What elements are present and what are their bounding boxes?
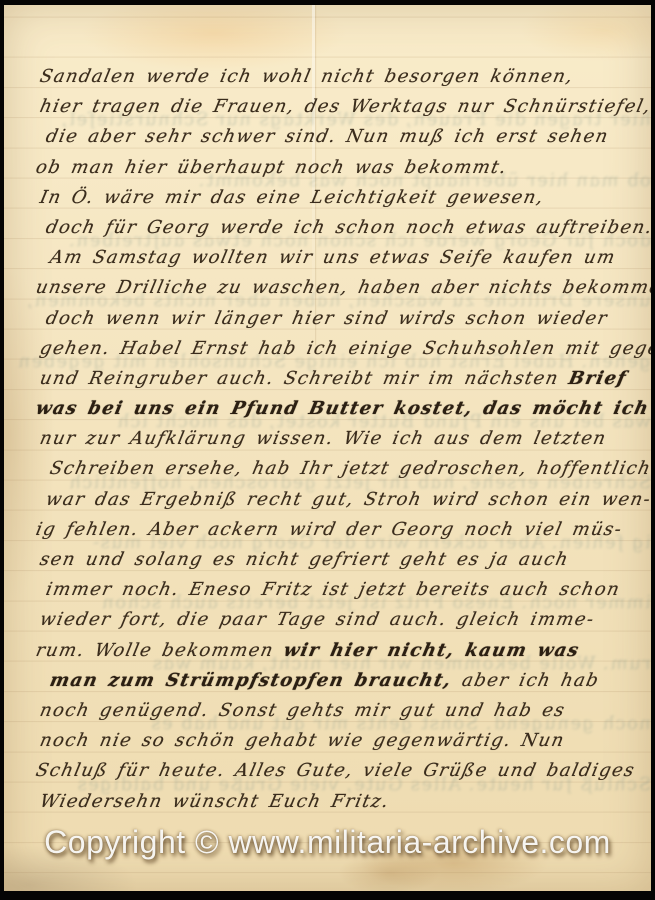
letter-line: ig fehlen. Aber ackern wird der Georg no… — [32, 519, 651, 549]
letter-line: war das Ergebniß recht gut, Stroh wird s… — [42, 489, 651, 519]
letter-body: Sandalen werde ich wohl nicht besorgen k… — [36, 66, 651, 821]
letter-text-segment: unsere Drilliche zu waschen, haben aber … — [34, 277, 651, 298]
letter-line: sen und solang es nicht gefriert geht es… — [36, 549, 651, 579]
letter-line: Sandalen werde ich wohl nicht besorgen k… — [36, 66, 651, 96]
photo-frame: hier tragen die Frauen, des Werktags nur… — [0, 0, 655, 900]
letter-line: was bei uns ein Pfund Butter kostet, das… — [32, 398, 651, 428]
letter-line: die aber sehr schwer sind. Nun muß ich e… — [42, 126, 651, 156]
letter-line: doch wenn wir länger hier sind wirds sch… — [42, 308, 651, 338]
letter-line: rum. Wolle bekommen wir hier nicht, kaum… — [32, 640, 651, 670]
letter-text-segment: In Ö. wäre mir das eine Leichtigkeit gew… — [38, 187, 546, 208]
letter-line: gehen. Habel Ernst hab ich einige Schuhs… — [36, 338, 651, 368]
letter-text-segment: die aber sehr schwer sind. Nun muß ich e… — [44, 126, 611, 147]
letter-line: Am Samstag wollten wir uns etwas Seife k… — [46, 247, 651, 277]
letter-text-segment: rum. Wolle bekommen — [34, 640, 286, 661]
letter-text-segment: ob man hier überhaupt noch was bekommt. — [34, 157, 509, 178]
letter-line: immer noch. Eneso Fritz ist jetzt bereit… — [42, 579, 651, 609]
letter-line: wieder fort, die paar Tage sind auch. gl… — [36, 609, 651, 639]
letter-text-segment: wir hier nicht, kaum was — [282, 640, 582, 661]
letter-text-segment: und Reingruber auch. Schreibt mir im näc… — [38, 368, 571, 389]
letter-line: doch für Georg werde ich schon noch etwa… — [42, 217, 651, 247]
letter-line: hier tragen die Frauen, des Werktags nur… — [36, 96, 651, 126]
letter-text-segment: nur zur Aufklärung wissen. Wie ich aus d… — [38, 428, 609, 449]
letter-line: ob man hier überhaupt noch was bekommt. — [32, 157, 651, 187]
letter-text-segment: aber ich hab — [460, 670, 602, 691]
letter-text-segment: Am Samstag wollten wir uns etwas Seife k… — [48, 247, 618, 268]
letter-line: Schreiben ersehe, hab Ihr jetzt gedrosch… — [46, 458, 651, 488]
letter-text-segment: man zum Strümpfstopfen braucht, — [48, 670, 465, 691]
letter-text-segment: Wiedersehn wünscht Euch Fritz. — [38, 791, 392, 812]
letter-line: und Reingruber auch. Schreibt mir im näc… — [36, 368, 651, 398]
letter-text-segment: was bei uns ein Pfund Butter kostet, das… — [34, 398, 651, 419]
letter-line: unsere Drilliche zu waschen, haben aber … — [32, 277, 651, 307]
letter-line: Wiedersehn wünscht Euch Fritz. — [36, 791, 651, 821]
letter-text-segment: gehen. Habel Ernst hab ich einige Schuhs… — [38, 338, 651, 359]
letter-line: noch nie so schön gehabt wie gegenwärtig… — [36, 730, 651, 760]
letter-text-segment: hier tragen die Frauen, des Werktags nur… — [38, 96, 651, 117]
letter-text-segment: noch nie so schön gehabt wie gegenwärtig… — [38, 730, 567, 751]
letter-line: In Ö. wäre mir das eine Leichtigkeit gew… — [36, 187, 651, 217]
letter-line: nur zur Aufklärung wissen. Wie ich aus d… — [36, 428, 651, 458]
letter-text-segment: Sandalen werde ich wohl nicht besorgen k… — [38, 66, 576, 87]
letter-text-segment: Schreiben ersehe, hab Ihr jetzt gedrosch… — [48, 458, 651, 479]
letter-text-segment: war das Ergebniß recht gut, Stroh wird s… — [44, 489, 651, 510]
letter-line: Schluß für heute. Alles Gute, viele Grüß… — [32, 760, 651, 790]
letter-text-segment: ig fehlen. Aber ackern wird der Georg no… — [34, 519, 625, 540]
letter-paper: hier tragen die Frauen, des Werktags nur… — [4, 5, 651, 891]
letter-text-segment: immer noch. Eneso Fritz ist jetzt bereit… — [44, 579, 622, 600]
letter-text-segment: noch genügend. Sonst gehts mir gut und h… — [38, 700, 567, 721]
letter-text-segment: wieder fort, die paar Tage sind auch. gl… — [38, 609, 597, 630]
letter-text-segment: sen und solang es nicht gefriert geht es… — [38, 549, 571, 570]
letter-text-segment: doch für Georg werde ich schon noch etwa… — [44, 217, 651, 238]
letter-line: noch genügend. Sonst gehts mir gut und h… — [36, 700, 651, 730]
letter-line: man zum Strümpfstopfen braucht, aber ich… — [46, 670, 651, 700]
letter-text-segment: Brief — [567, 368, 629, 389]
letter-text-segment: Schluß für heute. Alles Gute, viele Grüß… — [34, 760, 637, 781]
letter-text-segment: doch wenn wir länger hier sind wirds sch… — [44, 308, 610, 329]
